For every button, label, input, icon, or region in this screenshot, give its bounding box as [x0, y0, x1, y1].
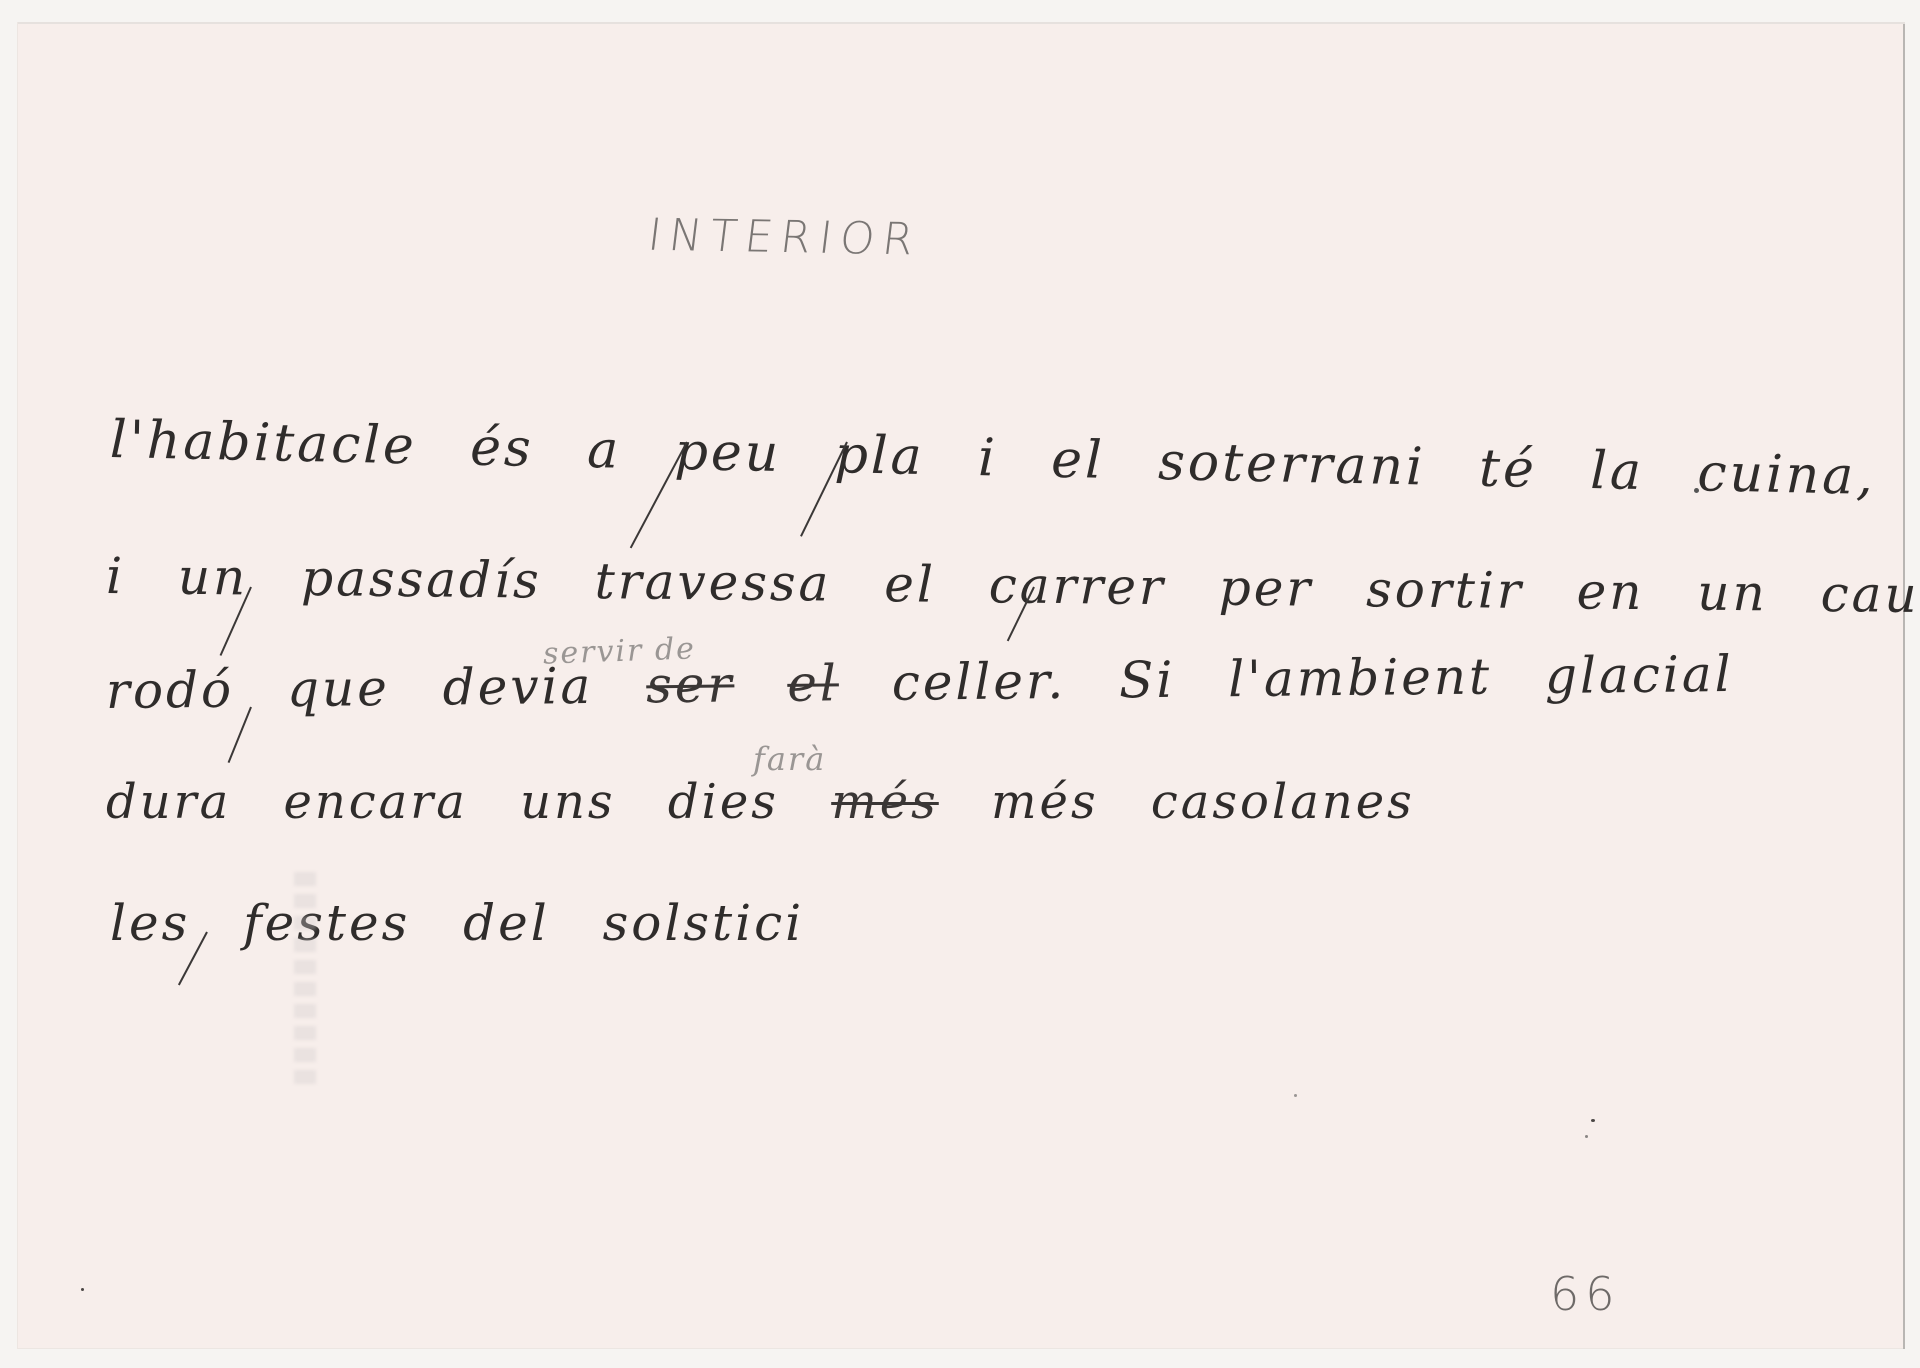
manuscript-line-2: i un passadís travessa el carrer per sor…: [106, 547, 1920, 624]
ink-speck: [81, 1288, 84, 1291]
show-through-stamp: [294, 872, 316, 1092]
document-title: INTERIOR: [645, 210, 924, 266]
ink-speck: [1294, 1094, 1297, 1097]
ink-speck: [1591, 1119, 1595, 1122]
manuscript-line-5: les festes del solstici: [110, 894, 804, 952]
manuscript-card: INTERIOR l'habitacle és a peu pla i el s…: [17, 22, 1905, 1349]
ink-speck: [1694, 488, 1699, 493]
line-4-after: més casolanes: [991, 774, 1415, 830]
struck-word-ser: ser: [646, 655, 735, 714]
struck-word-el: el: [787, 654, 839, 713]
struck-word-mes: més: [831, 774, 939, 830]
pencil-insertion-fara: farà: [753, 740, 826, 778]
manuscript-line-4: dura encara uns dies més més casolanes: [106, 774, 1415, 830]
line-4-before: dura encara uns dies: [106, 774, 779, 830]
line-3-before: rodó que devia: [106, 657, 594, 720]
page-number: 66: [1550, 1267, 1621, 1321]
line-3-after: celler. Si l'ambient glacial: [891, 645, 1733, 712]
manuscript-line-1: l'habitacle és a peu pla i el soterrani …: [109, 410, 1876, 507]
ink-speck: [1585, 1135, 1588, 1138]
manuscript-line-3: rodó que devia ser el celler. Si l'ambie…: [106, 645, 1734, 720]
